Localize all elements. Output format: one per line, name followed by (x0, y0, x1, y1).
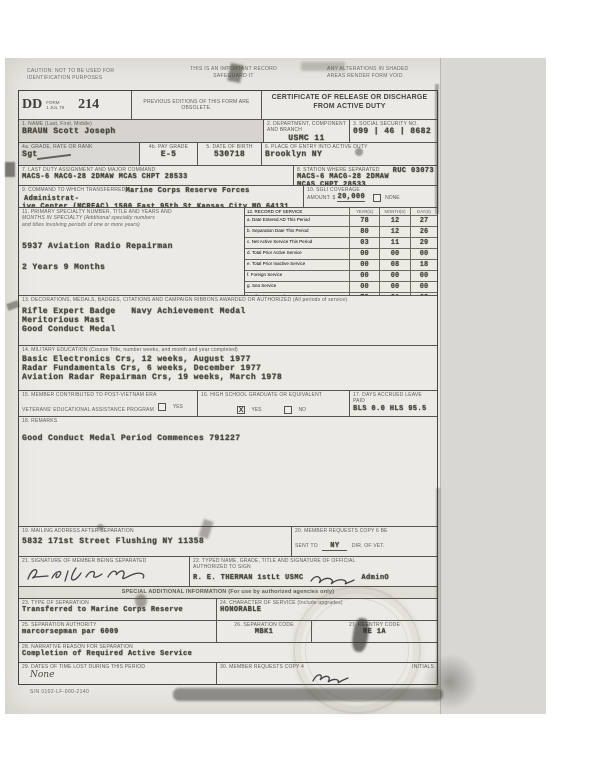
record-row-year: 00 (349, 281, 379, 292)
form-word: FORM (46, 100, 59, 105)
mailing-address-label: 19. MAILING ADDRESS AFTER SEPARATION (22, 528, 288, 534)
record-row-month: 01 (379, 292, 410, 295)
sgli-none-label: NONE (385, 195, 399, 201)
caution-center-line1: THIS IS AN IMPORTANT RECORD (190, 66, 277, 73)
veap-yes-label: YES (173, 404, 183, 410)
record-row-month: 12 (379, 215, 410, 226)
form-number: 214 (78, 97, 99, 113)
caution-center: THIS IS AN IMPORTANT RECORD SAFEGUARD IT (190, 66, 277, 80)
record-row-year: 79 (349, 292, 379, 295)
veap-label-line2: VETERANS' EDUCATIONAL ASSISTANCE PROGRAM (22, 407, 154, 413)
copy6-state-value: NY (322, 542, 347, 551)
sgli-amount-value: 20,000 (337, 193, 365, 202)
copy6-sent-to-label: SENT TO (295, 543, 318, 549)
record-row-day: 18 (410, 259, 437, 270)
ssn-part1: 099 (353, 127, 369, 136)
record-row-label: d. Total Prior Active Service (245, 248, 349, 259)
record-row-label: e. Total Prior Inactive Service (245, 259, 349, 270)
official-title: AdminO (361, 574, 389, 582)
record-row-month: 00 (379, 248, 410, 259)
record-row-year: 80 (349, 226, 379, 237)
record-row-month: 11 (379, 237, 410, 248)
ssn-value: 099 | 46 | 8682 (353, 127, 434, 136)
awards-line2: Meritorious Mast (22, 316, 434, 325)
education-label: 14. MILITARY EDUCATION (Course Title, nu… (22, 347, 434, 353)
awards-label: 13. DECORATIONS, MEDALS, BADGES, CITATIO… (22, 297, 434, 303)
scan-smudge (5, 162, 15, 177)
scanner-background-band (440, 58, 546, 714)
record-row-label: f. Foreign Service (245, 270, 349, 281)
separation-authority-value: marcorsepman par 6009 (22, 628, 213, 636)
form-serial-number: S/N 0102-LF-000-2140 (30, 689, 89, 695)
veap-label-line1: 15. MEMBER CONTRIBUTED TO POST-VIETNAM E… (22, 392, 194, 398)
record-row-day: 02 (410, 292, 437, 295)
caution-center-line2: SAFEGUARD IT (190, 73, 277, 80)
awards-line1: Rifle Expert Badge Navy Achievement Meda… (22, 307, 434, 316)
paygrade-value: E-5 (143, 150, 194, 159)
record-row-label: b. Separation Date This Period (245, 226, 349, 237)
entry-place-value: Brooklyn NY (265, 150, 434, 159)
record-row-year: 00 (349, 270, 379, 281)
record-row-day: 26 (410, 226, 437, 237)
record-row-year: 00 (349, 259, 379, 270)
record-col-year: YEAR(S) (349, 208, 379, 215)
education-line3: Aviation Radar Repairman Crs, 19 weeks, … (22, 373, 434, 382)
ssn-part3: 8682 (410, 127, 431, 136)
record-row-day: 00 (410, 281, 437, 292)
official-signature (309, 571, 355, 585)
scan-paper: CAUTION: NOT TO BE USED FOR IDENTIFICATI… (5, 58, 546, 714)
branch-value: USMC 11 (267, 134, 346, 143)
form-title-line1: CERTIFICATE OF RELEASE OR DISCHARGE (265, 94, 434, 103)
leave-paid-label: 17. DAYS ACCRUED LEAVE PAID (353, 392, 434, 405)
education-line1: Basic Electronics Crs, 12 weeks, August … (22, 355, 434, 364)
member-signature (22, 564, 172, 584)
dob-value: 530718 (201, 150, 258, 159)
special-info-header: SPECIAL ADDITIONAL INFORMATION (For use … (122, 589, 335, 596)
form-date: 1 JUL 79 (46, 105, 64, 110)
record-row-month: 12 (379, 226, 410, 237)
record-row-label: h. Effective Date of Pay Grade (245, 292, 349, 295)
record-row-day: 00 (410, 270, 437, 281)
record-row-day: 00 (410, 248, 437, 259)
caution-right-line2: AREAS RENDER FORM VOID (327, 73, 408, 80)
caution-right: ANY ALTERATIONS IN SHADED AREAS RENDER F… (327, 66, 408, 80)
obsolete-note: PREVIOUS EDITIONS OF THIS FORM ARE OBSOL… (135, 99, 258, 112)
station-ruc: RUC 03073 (393, 167, 434, 176)
sgli-none-checkbox (373, 194, 381, 202)
record-row-label: a. Date Entered AD This Period (245, 215, 349, 226)
caution-left-line2: IDENTIFICATION PURPOSES (27, 75, 114, 82)
type-of-separation-value: Transferred to Marine Corps Reserve (22, 606, 213, 614)
caution-left: CAUTION: NOT TO BE USED FOR IDENTIFICATI… (27, 68, 114, 82)
record-row-year: 78 (349, 215, 379, 226)
hs-no-label: NO (298, 407, 306, 413)
scanned-page: CAUTION: NOT TO BE USED FOR IDENTIFICATI… (0, 0, 603, 772)
caution-left-line1: CAUTION: NOT TO BE USED FOR (27, 68, 114, 75)
record-of-service-table: 12. RECORD OF SERVICE YEAR(S) MONTH(S) D… (245, 208, 437, 295)
leave-paid-value: BLS 0.0 HLS 95.5 (353, 405, 434, 413)
record-row-month: 00 (379, 281, 410, 292)
transfer-label: 9. COMMAND TO WHICH TRANSFERRED (22, 187, 125, 193)
ssn-part2: 46 (384, 127, 394, 136)
sgli-amount-label: AMOUNT: $ (307, 195, 335, 201)
remarks-value: Good Conduct Medal Period Commences 7912… (22, 434, 434, 443)
specialty-value: 5937 Aviation Radio Repairman (22, 242, 241, 251)
time-lost-value: None (30, 670, 213, 680)
embossed-seal-inner (305, 598, 409, 702)
record-row-year: 00 (349, 248, 379, 259)
record-row-day: 29 (410, 237, 437, 248)
awards-line3: Good Conduct Medal (22, 325, 434, 334)
mailing-address-value: 5832 171st Street Flushing NY 11358 (22, 537, 288, 546)
record-row-label: g. Sea Service (245, 281, 349, 292)
caution-right-line1: ANY ALTERATIONS IN SHADED (327, 66, 408, 73)
record-row-month: 00 (379, 270, 410, 281)
name-value: BRAUN Scott Joseph (22, 127, 260, 136)
official-typed-name: R. E. THERMAN 1stLt USMC (193, 574, 303, 582)
copy6-dir-label: DIR. OF VET. (352, 543, 385, 549)
remarks-label: 18. REMARKS (22, 418, 434, 424)
veap-yes-checkbox (158, 403, 166, 411)
record-col-month: MONTH(S) (379, 208, 410, 215)
hs-no-checkbox (284, 406, 292, 414)
form-dd-text: DD (22, 97, 42, 113)
last-duty-value: MACS-6 MACG-28 2DMAW MCAS CHPT 28533 (22, 173, 290, 181)
record-row-label: c. Net Active Service This Period (245, 237, 349, 248)
form-title-line2: FROM ACTIVE DUTY (265, 103, 434, 112)
branch-label: 2. DEPARTMENT, COMPONENT AND BRANCH (267, 121, 346, 134)
record-col-day: DAY(S) (410, 208, 437, 215)
hs-yes-label: YES (252, 407, 262, 413)
record-table-title: 12. RECORD OF SERVICE (245, 208, 349, 215)
record-row-month: 08 (379, 259, 410, 270)
specialty-duration: 2 Years 9 Months (22, 263, 241, 272)
transfer-value-line2: ive Center (MCRFAC) 1500 East 95th St Ka… (22, 203, 300, 207)
record-row-day: 27 (410, 215, 437, 226)
education-line2: Radar Fundamentals Crs, 6 weeks, Decembe… (22, 364, 434, 373)
hs-yes-checkbox: X (237, 406, 245, 414)
specialty-label-line3: and titles involving periods of one or m… (22, 222, 241, 228)
record-row-year: 03 (349, 237, 379, 248)
hs-grad-label: 16. HIGH SCHOOL GRADUATE OR EQUIVALENT (201, 392, 346, 398)
